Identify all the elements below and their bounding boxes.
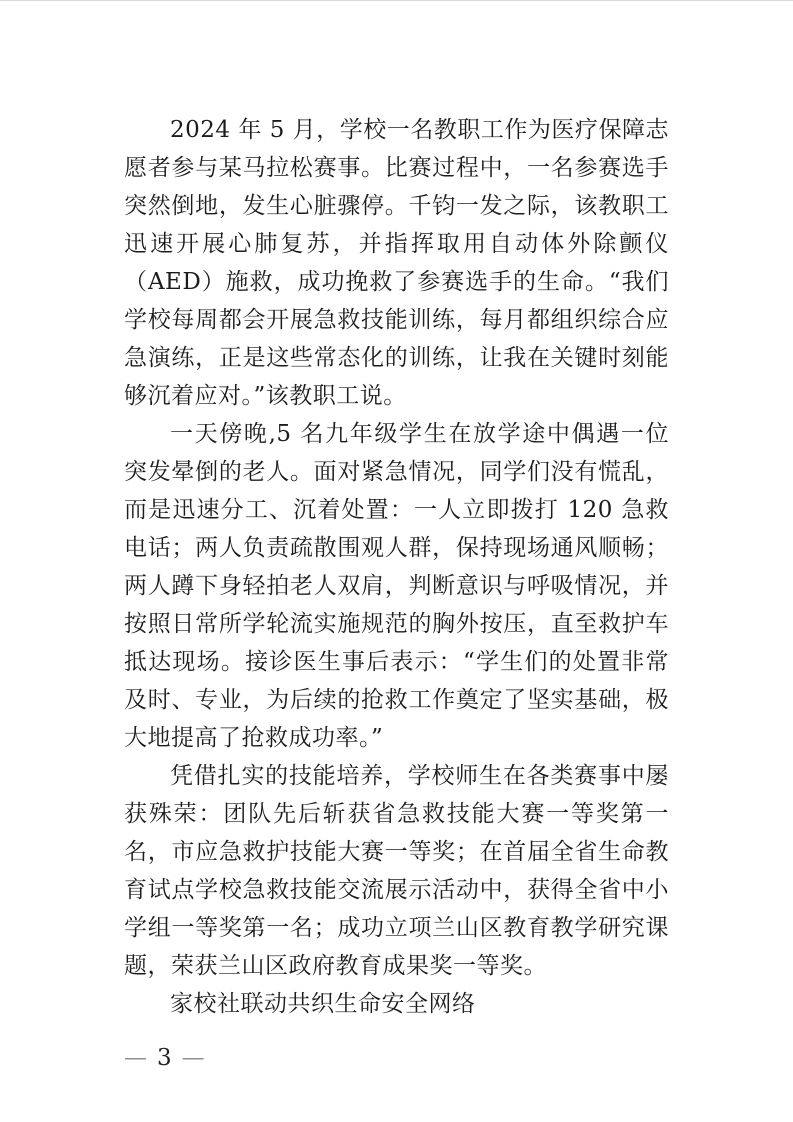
paragraph-marathon-rescue: 2024 年 5 月，学校一名教职工作为医疗保障志愿者参与某马拉松赛事。比赛过程…: [124, 111, 669, 415]
page-footer: —3—: [124, 1041, 205, 1075]
footer-dash-left: —: [124, 1045, 147, 1071]
page-number: 3: [147, 1045, 182, 1071]
document-body: 2024 年 5 月，学校一名教职工作为医疗保障志愿者参与某马拉松赛事。比赛过程…: [124, 111, 669, 1023]
section-heading-safety-network: 家校社联动共织生命安全网络: [124, 985, 669, 1023]
paragraph-students-rescue: 一天傍晚,5 名九年级学生在放学途中偶遇一位突发晕倒的老人。面对紧急情况，同学们…: [124, 415, 669, 757]
scan-edge-line: [0, 0, 793, 1]
footer-dash-right: —: [182, 1045, 205, 1071]
document-page: 2024 年 5 月，学校一名教职工作为医疗保障志愿者参与某马拉松赛事。比赛过程…: [0, 0, 793, 1122]
paragraph-awards: 凭借扎实的技能培养，学校师生在各类赛事中屡获殊荣：团队先后斩获省急救技能大赛一等…: [124, 757, 669, 985]
